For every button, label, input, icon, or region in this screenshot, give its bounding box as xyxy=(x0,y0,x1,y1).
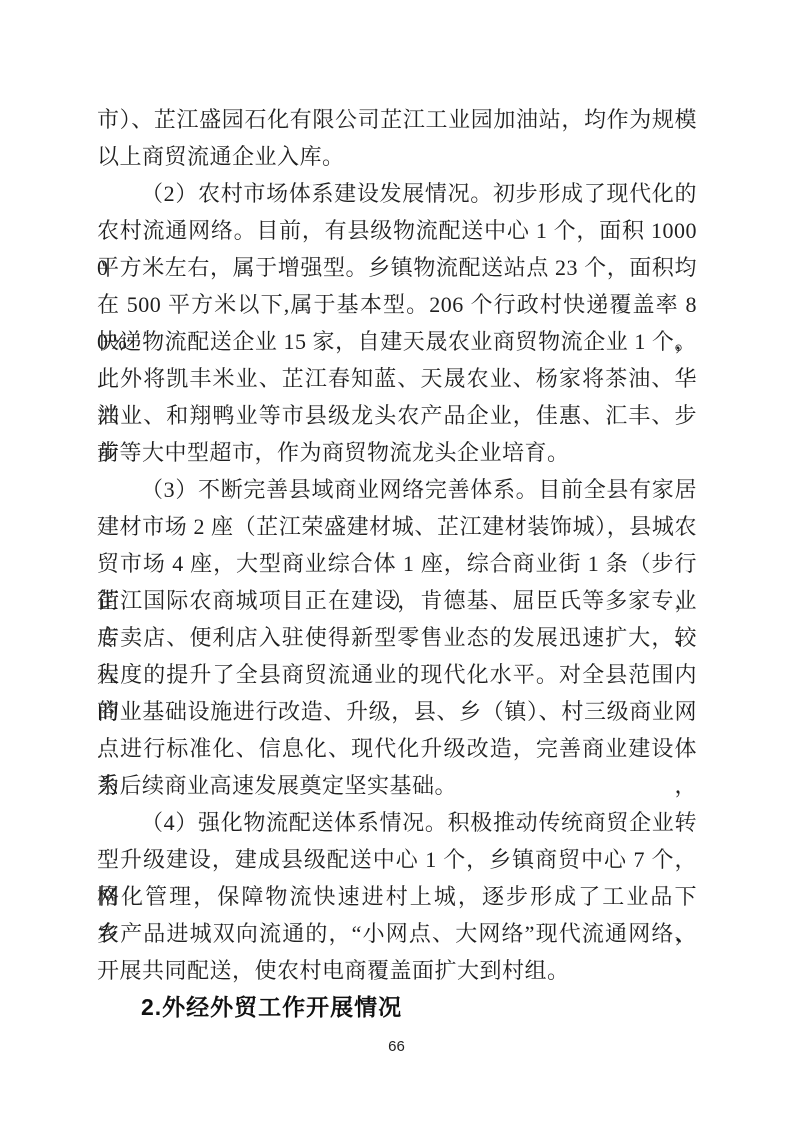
paragraph: （4）强化物流配送体系情况。积极推动传统商贸企业转 型升级建设，建成县级配送中心… xyxy=(97,804,697,989)
text-line: （4）强化物流配送体系情况。积极推动传统商贸企业转 xyxy=(97,804,697,841)
paragraph: （2）农村市场体系建设发展情况。初步形成了现代化的 农村流通网络。目前，有县级物… xyxy=(97,175,697,471)
text-line: 格化管理，保障物流快速进村上城，逐步形成了工业品下乡、 xyxy=(97,878,697,915)
text-line: 快递物流配送企业 15 家，自建天晟农业商贸物流企业 1 个。 xyxy=(97,323,697,360)
document-page: 市）、芷江盛园石化有限公司芷江工业园加油站，均作为规模 以上商贸流通企业入库。 … xyxy=(0,0,793,1122)
text-line: 前等大中型超市，作为商贸物流龙头企业培育。 xyxy=(97,434,697,471)
text-line: 农村流通网络。目前，有县级物流配送中心 1 个，面积 10000 xyxy=(97,212,697,249)
paragraph: 市）、芷江盛园石化有限公司芷江工业园加油站，均作为规模 以上商贸流通企业入库。 xyxy=(97,101,697,175)
text-line: 点进行标准化、信息化、现代化升级改造，完善商业建设体系， xyxy=(97,730,697,767)
text-line: 在 500 平方米以下,属于基本型。206 个行政村快递覆盖率 80%， xyxy=(97,286,697,323)
text-line: 贸市场 4 座，大型商业综合体 1 座，综合商业街 1 条（步行街）， xyxy=(97,545,697,582)
text-line: 平方米左右，属于增强型。乡镇物流配送站点 23 个，面积均 xyxy=(97,249,697,286)
text-line: 商业基础设施进行改造、升级，县、乡（镇）、村三级商业网 xyxy=(97,693,697,730)
text-line: 芷江国际农商城项目正在建设，肯德基、屈臣氏等多家专业店、 xyxy=(97,582,697,619)
paragraph: （3）不断完善县域商业网络完善体系。目前全县有家居 建材市场 2 座（芷江荣盛建… xyxy=(97,471,697,804)
text-line: 农产品进城双向流通的，“小网点、大网络”现代流通网络， xyxy=(97,915,697,952)
text-line: （3）不断完善县域商业网络完善体系。目前全县有家居 xyxy=(97,471,697,508)
text-line: 此外将凯丰米业、芷江春知蓝、天晟农业、杨家将茶油、华兴 xyxy=(97,360,697,397)
text-line: 建材市场 2 座（芷江荣盛建材城、芷江建材装饰城），县城农 xyxy=(97,508,697,545)
text-line: （2）农村市场体系建设发展情况。初步形成了现代化的 xyxy=(97,175,697,212)
text-line: 程度的提升了全县商贸流通业的现代化水平。对全县范围内的 xyxy=(97,656,697,693)
text-line: 开展共同配送，使农村电商覆盖面扩大到村组。 xyxy=(97,952,697,989)
text-line: 油业、和翔鸭业等市县级龙头农产品企业，佳惠、汇丰、步步 xyxy=(97,397,697,434)
page-number: 66 xyxy=(0,1038,793,1055)
text-line: 以上商贸流通企业入库。 xyxy=(97,138,697,175)
text-line: 专卖店、便利店入驻使得新型零售业态的发展迅速扩大，较大 xyxy=(97,619,697,656)
section-heading: 2.外经外贸工作开展情况 xyxy=(97,989,697,1026)
document-body: 市）、芷江盛园石化有限公司芷江工业园加油站，均作为规模 以上商贸流通企业入库。 … xyxy=(97,101,697,1026)
text-line: 型升级建设，建成县级配送中心 1 个，乡镇商贸中心 7 个，网 xyxy=(97,841,697,878)
text-line: 市）、芷江盛园石化有限公司芷江工业园加油站，均作为规模 xyxy=(97,101,697,138)
